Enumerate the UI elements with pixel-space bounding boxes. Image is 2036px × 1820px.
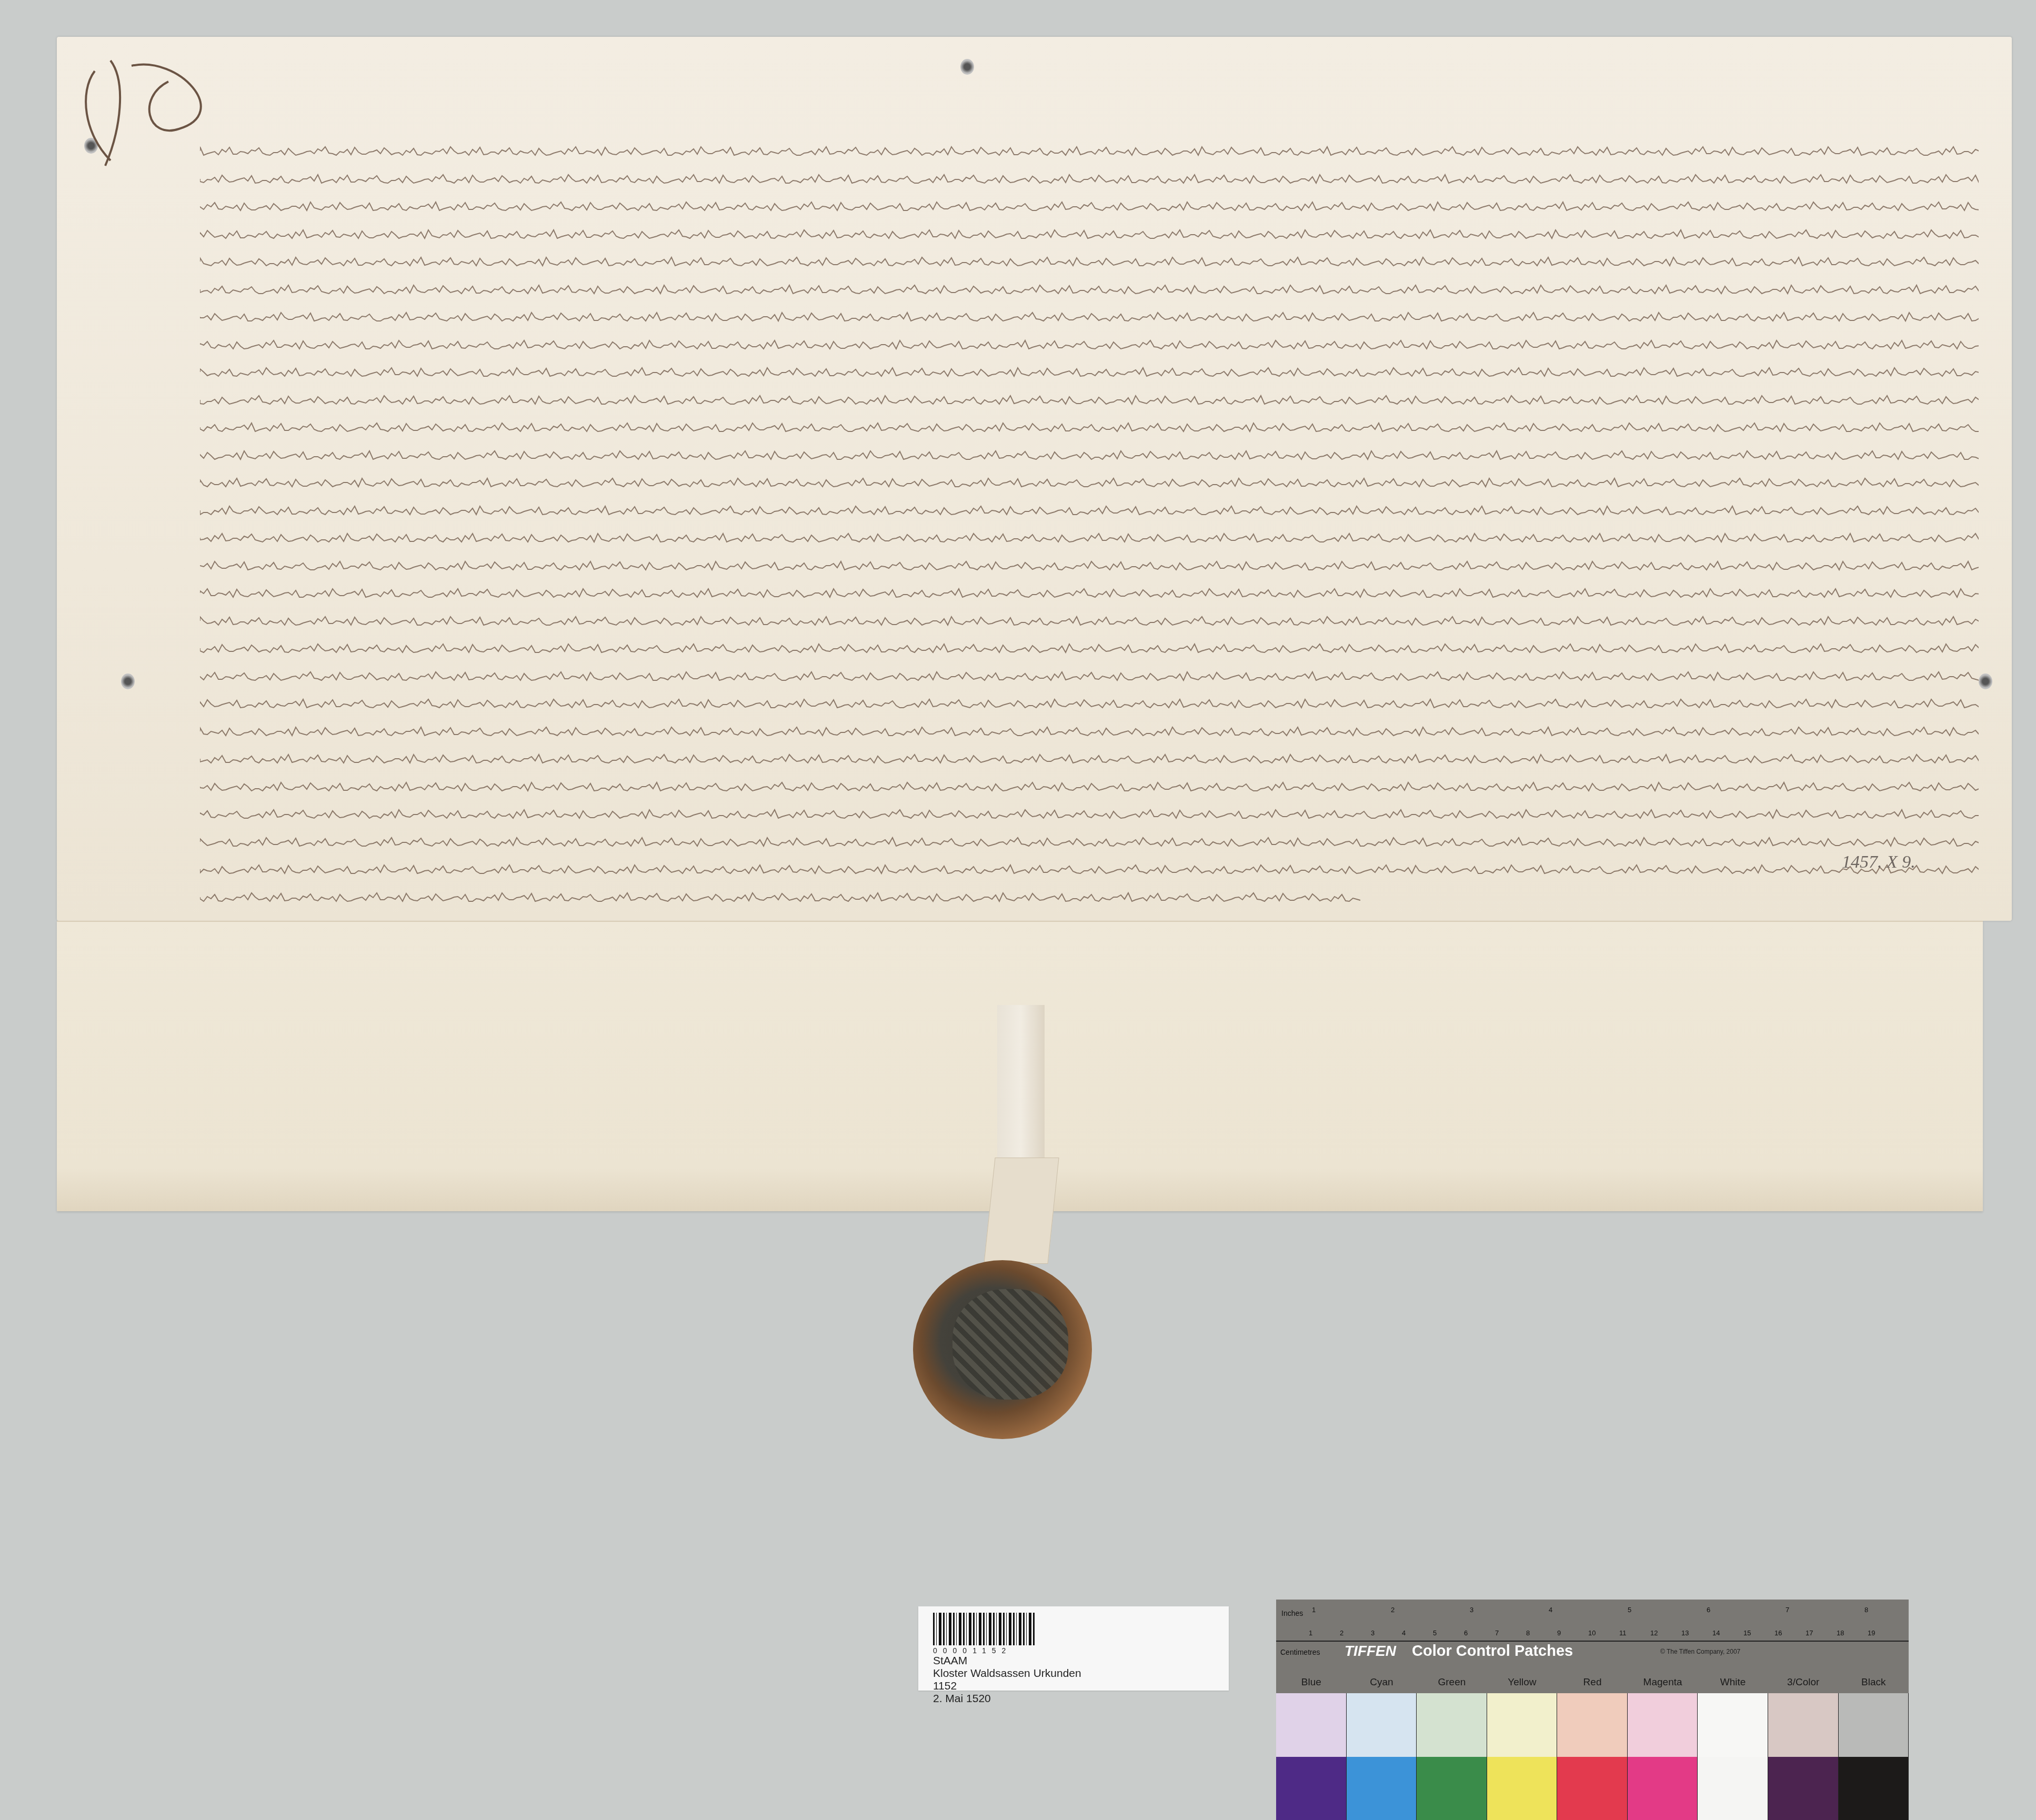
handwritten-line: [200, 886, 1979, 904]
patch-label: Cyan: [1347, 1672, 1417, 1693]
cm-tick: 15: [1743, 1629, 1751, 1637]
handwritten-line: [200, 747, 1979, 766]
handwritten-line: [200, 305, 1979, 324]
handwritten-line: [200, 775, 1979, 794]
color-control-chart: Inches Centimetres 123456781234567891011…: [1276, 1600, 1909, 1820]
inch-tick: 5: [1628, 1606, 1631, 1614]
color-patch: [1557, 1693, 1628, 1820]
cm-tick: 7: [1495, 1629, 1499, 1637]
charter-text: [200, 139, 1979, 913]
patch-label: Black: [1839, 1672, 1909, 1693]
color-patch: [1487, 1693, 1558, 1820]
repository: StAAM: [933, 1655, 1229, 1667]
inch-tick: 7: [1786, 1606, 1789, 1614]
handwritten-line: [200, 250, 1979, 269]
patch-label: 3/Color: [1768, 1672, 1839, 1693]
patch-label: Red: [1557, 1672, 1628, 1693]
cm-tick: 12: [1650, 1629, 1658, 1637]
patch-grid: [1276, 1693, 1909, 1820]
patch-label: White: [1698, 1672, 1768, 1693]
patch-label: Green: [1417, 1672, 1487, 1693]
document-date: 2. Mai 1520: [933, 1693, 1229, 1705]
patch-label: Magenta: [1628, 1672, 1698, 1693]
handwritten-line: [200, 167, 1979, 186]
handwritten-line: [200, 802, 1979, 821]
cm-tick: 13: [1681, 1629, 1689, 1637]
centimetres-label: Centimetres: [1280, 1648, 1320, 1656]
color-patch: [1768, 1693, 1839, 1820]
handwritten-line: [200, 830, 1979, 849]
handwritten-line: [200, 471, 1979, 490]
archive-label: 00001152 StAAM Kloster Waldsassen Urkund…: [918, 1606, 1229, 1691]
handwritten-line: [200, 333, 1979, 352]
handwritten-line: [200, 609, 1979, 628]
cm-tick: 10: [1588, 1629, 1596, 1637]
inch-tick: 3: [1470, 1606, 1473, 1614]
barcode: [933, 1613, 1036, 1645]
handwritten-line: [200, 278, 1979, 297]
seal-tag-knot: [984, 1158, 1059, 1264]
inch-tick: 2: [1391, 1606, 1395, 1614]
punch-hole: [121, 673, 135, 689]
inches-label: Inches: [1281, 1609, 1303, 1617]
cm-tick: 16: [1774, 1629, 1782, 1637]
seal-coat-of-arms: [952, 1289, 1068, 1400]
cm-tick: 5: [1433, 1629, 1437, 1637]
handwritten-line: [200, 526, 1979, 545]
handwritten-line: [200, 139, 1979, 158]
inch-tick: 4: [1549, 1606, 1552, 1614]
handwritten-line: [200, 692, 1979, 711]
patch-label: Yellow: [1487, 1672, 1558, 1693]
cm-tick: 19: [1868, 1629, 1875, 1637]
color-patch: [1417, 1693, 1487, 1820]
collection: Kloster Waldsassen Urkunden: [933, 1667, 1229, 1680]
barcode-number: 00001152: [933, 1646, 1229, 1655]
inch-tick: 8: [1864, 1606, 1868, 1614]
cm-tick: 18: [1837, 1629, 1844, 1637]
color-patch: [1347, 1693, 1417, 1820]
color-patch: [1276, 1693, 1347, 1820]
cm-tick: 9: [1557, 1629, 1561, 1637]
inch-tick: 1: [1312, 1606, 1316, 1614]
cm-tick: 4: [1402, 1629, 1406, 1637]
marginal-annotation: 1457. X 9.: [1842, 852, 1915, 872]
handwritten-line: [200, 665, 1979, 683]
handwritten-line: [200, 554, 1979, 573]
cm-tick: 11: [1619, 1629, 1627, 1637]
handwritten-line: [200, 720, 1979, 739]
tiffen-logo: TIFFEN: [1345, 1643, 1396, 1660]
punch-hole: [1979, 673, 1992, 689]
handwritten-line: [200, 195, 1979, 214]
color-patch: [1628, 1693, 1698, 1820]
handwritten-line: [200, 416, 1979, 435]
handwritten-line: [200, 388, 1979, 407]
cm-tick: 8: [1526, 1629, 1530, 1637]
handwritten-line: [200, 858, 1979, 877]
inch-tick: 6: [1707, 1606, 1710, 1614]
patch-labels: BlueCyanGreenYellowRedMagentaWhite3/Colo…: [1276, 1672, 1909, 1693]
color-patch: [1698, 1693, 1768, 1820]
cm-tick: 6: [1464, 1629, 1468, 1637]
punch-hole: [960, 59, 974, 75]
color-patch: [1839, 1693, 1909, 1820]
cm-tick: 2: [1340, 1629, 1343, 1637]
patch-label: Blue: [1276, 1672, 1347, 1693]
handwritten-line: [200, 444, 1979, 462]
chart-copyright: © The Tiffen Company, 2007: [1660, 1648, 1740, 1655]
handwritten-line: [200, 499, 1979, 518]
cm-tick: 17: [1806, 1629, 1813, 1637]
handwritten-line: [200, 223, 1979, 242]
cm-tick: 14: [1712, 1629, 1720, 1637]
handwritten-line: [200, 581, 1979, 600]
cm-tick: 1: [1309, 1629, 1312, 1637]
cm-tick: 3: [1371, 1629, 1375, 1637]
document-number: 1152: [933, 1680, 1229, 1693]
chart-title: Color Control Patches: [1412, 1643, 1573, 1660]
handwritten-line: [200, 360, 1979, 379]
handwritten-line: [200, 637, 1979, 656]
ruler: Inches Centimetres 123456781234567891011…: [1276, 1604, 1909, 1642]
